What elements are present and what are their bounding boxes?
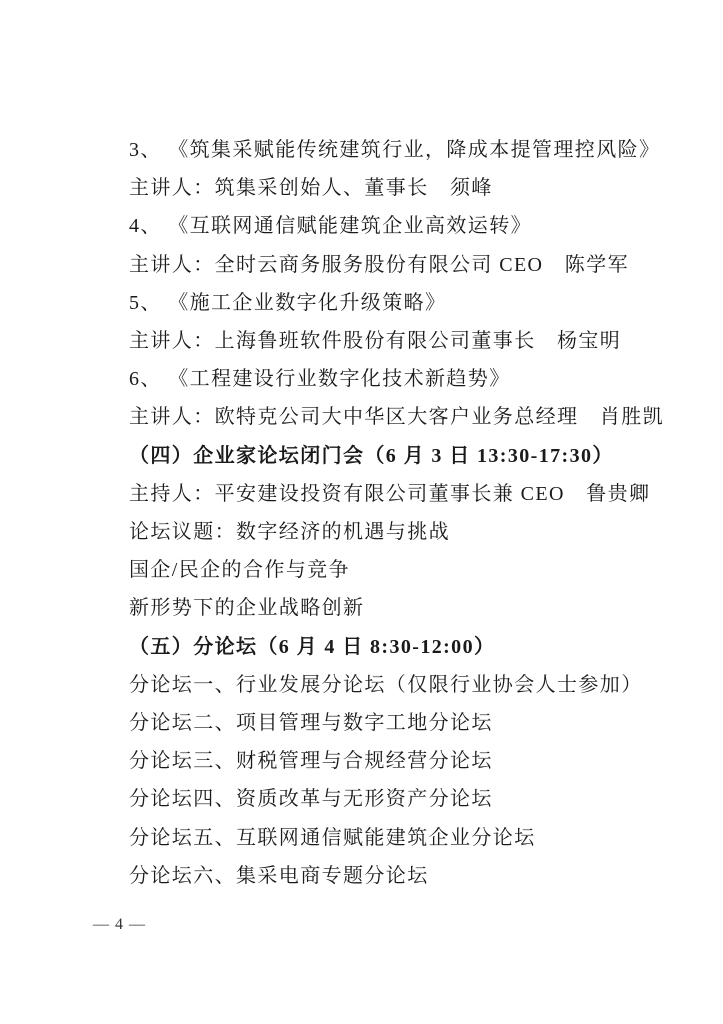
section-4-topic-3: 新形势下的企业战略创新	[129, 589, 629, 627]
subforum-1: 分论坛一、行业发展分论坛（仅限行业协会人士参加）	[129, 666, 629, 704]
section-4-host: 主持人：平安建设投资有限公司董事长兼 CEO 鲁贵卿	[129, 475, 629, 513]
agenda-item-4-speaker: 主讲人：全时云商务服务股份有限公司 CEO 陈学军	[129, 246, 629, 284]
section-4-topic-1: 论坛议题：数字经济的机遇与挑战	[129, 513, 629, 551]
agenda-item-4-title: 4、 《互联网通信赋能建筑企业高效运转》	[129, 207, 629, 245]
section-heading-5: （五）分论坛（6 月 4 日 8:30-12:00）	[129, 628, 629, 666]
subforum-3: 分论坛三、财税管理与合规经营分论坛	[129, 742, 629, 780]
subforum-6: 分论坛六、集采电商专题分论坛	[129, 857, 629, 895]
subforum-2: 分论坛二、项目管理与数字工地分论坛	[129, 704, 629, 742]
agenda-item-3-title: 3、 《筑集采赋能传统建筑行业，降成本提管理控风险》	[129, 131, 629, 169]
agenda-item-6-title: 6、 《工程建设行业数字化技术新趋势》	[129, 360, 629, 398]
agenda-item-3-speaker: 主讲人：筑集采创始人、董事长 须峰	[129, 169, 629, 207]
section-4-topic-2: 国企/民企的合作与竞争	[129, 551, 629, 589]
document-page: 3、 《筑集采赋能传统建筑行业，降成本提管理控风险》 主讲人：筑集采创始人、董事…	[0, 0, 723, 1024]
document-body: 3、 《筑集采赋能传统建筑行业，降成本提管理控风险》 主讲人：筑集采创始人、董事…	[129, 131, 629, 895]
section-heading-4: （四）企业家论坛闭门会（6 月 3 日 13:30-17:30）	[129, 437, 629, 475]
agenda-item-5-speaker: 主讲人：上海鲁班软件股份有限公司董事长 杨宝明	[129, 322, 629, 360]
page-number: — 4 —	[93, 916, 146, 934]
agenda-item-6-speaker: 主讲人：欧特克公司大中华区大客户业务总经理 肖胜凯	[129, 398, 629, 436]
agenda-item-5-title: 5、 《施工企业数字化升级策略》	[129, 284, 629, 322]
subforum-4: 分论坛四、资质改革与无形资产分论坛	[129, 780, 629, 818]
subforum-5: 分论坛五、互联网通信赋能建筑企业分论坛	[129, 819, 629, 857]
